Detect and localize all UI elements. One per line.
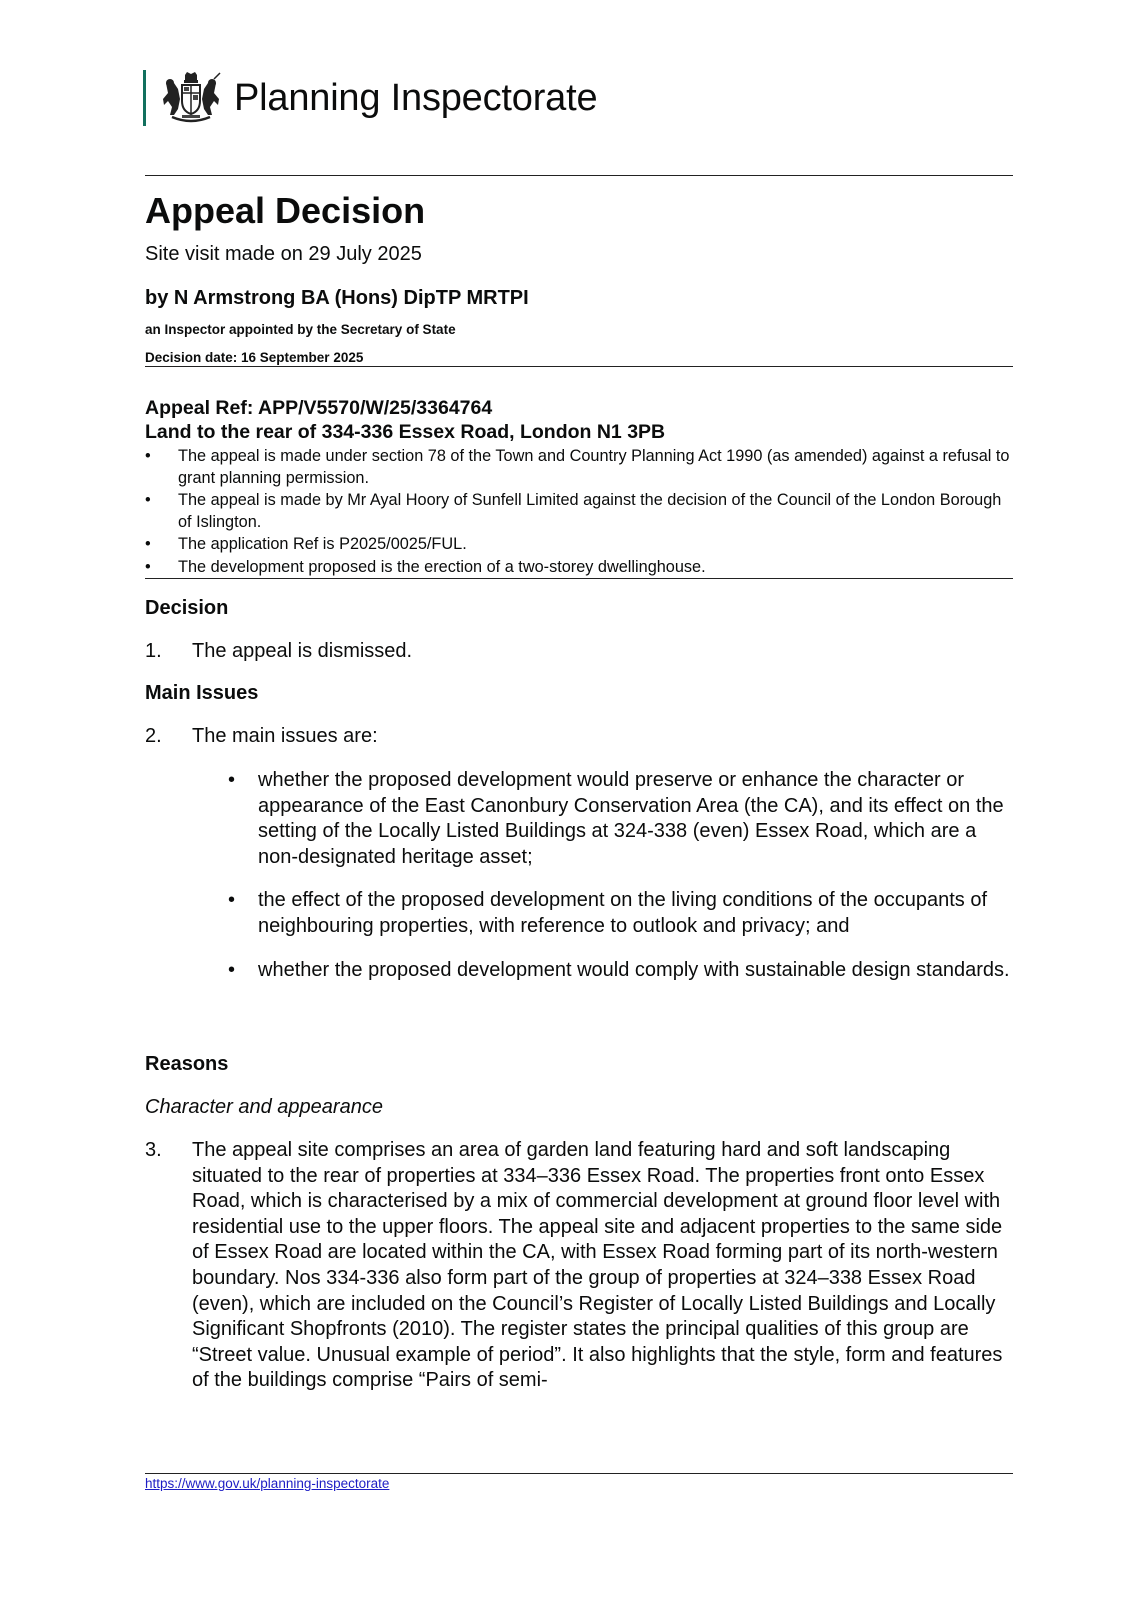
paragraph-2: 2. The main issues are: [145,724,1015,750]
royal-coat-of-arms-icon [160,71,222,125]
decision-date: Decision date: 16 September 2025 [145,350,363,365]
document-page: Planning Inspectorate Appeal Decision Si… [0,0,1132,1600]
main-issue-item: •whether the proposed development would … [228,768,1018,870]
decision-heading: Decision [145,597,228,620]
main-issue-item: •whether the proposed development would … [228,958,1018,984]
appeal-ref: Appeal Ref: APP/V5570/W/25/3364764 [145,396,1015,420]
site-address: Land to the rear of 334-336 Essex Road, … [145,420,1015,444]
appeal-facts-list: •The appeal is made under section 78 of … [145,446,1015,578]
appeal-fact: •The development proposed is the erectio… [145,557,1015,579]
logo-accent-bar [143,70,146,126]
decision-date-divider [145,366,1013,367]
appeal-fact: •The application Ref is P2025/0025/FUL. [145,534,1015,556]
site-visit-date: Site visit made on 29 July 2025 [145,243,422,266]
planning-inspectorate-logo: Planning Inspectorate [143,70,597,126]
page-title: Appeal Decision [145,190,425,232]
main-issue-item: •the effect of the proposed development … [228,888,1018,939]
appeal-reference-block: Appeal Ref: APP/V5570/W/25/3364764 Land … [145,396,1015,579]
brand-name: Planning Inspectorate [234,77,597,120]
paragraph-3: 3. The appeal site comprises an area of … [145,1138,1015,1394]
footer-divider [145,1473,1013,1474]
appeal-fact: •The appeal is made by Mr Ayal Hoory of … [145,490,1015,533]
character-appearance-subheading: Character and appearance [145,1096,383,1119]
facts-divider [145,578,1013,579]
reasons-heading: Reasons [145,1053,228,1076]
header-divider [145,175,1013,176]
appointed-by: an Inspector appointed by the Secretary … [145,322,456,337]
planning-inspectorate-link[interactable]: https://www.gov.uk/planning-inspectorate [145,1476,389,1491]
appeal-fact: •The appeal is made under section 78 of … [145,446,1015,489]
inspector-name: by N Armstrong BA (Hons) DipTP MRTPI [145,287,529,310]
main-issues-heading: Main Issues [145,682,258,705]
main-issues-list: •whether the proposed development would … [228,768,1018,1001]
paragraph-1: 1. The appeal is dismissed. [145,639,1015,665]
